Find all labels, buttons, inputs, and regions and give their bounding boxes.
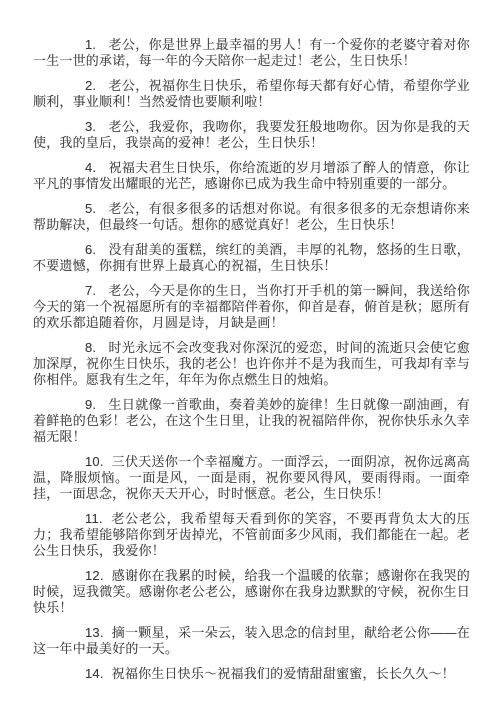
item-text: 老公，有很多很多的话想对你说。有很多很多的无奈想请你来帮助解决，但最终一句话。想… — [33, 201, 470, 232]
item-number: 9. — [85, 397, 96, 412]
item-number: 1. — [85, 37, 96, 52]
item-number: 3. — [85, 119, 96, 134]
item-number: 7. — [85, 283, 96, 298]
item-text: 生日就像一首歌曲，奏着美妙的旋律！生日就像一副油画，有着鲜艳的色彩！老公，在这个… — [33, 397, 470, 444]
item-text: 时光永远不会改变我对你深沉的爱恋，时间的流逝只会使它愈加深厚，祝你生日快乐，我的… — [33, 340, 470, 387]
list-item: 8.时光永远不会改变我对你深沉的爱恋，时间的流逝只会使它愈加深厚，祝你生日快乐，… — [33, 340, 470, 388]
item-number: 11. — [85, 511, 103, 526]
item-number: 14. — [85, 666, 104, 681]
item-number: 5. — [85, 201, 96, 216]
item-text: 祝福夫君生日快乐，你给流逝的岁月增添了醉人的情意，你让平凡的事情发出耀眼的光芒，… — [33, 160, 470, 191]
list-item: 7.老公，今天是你的生日，当你打开手机的第一瞬间，我送给你今天的第一个祝福愿所有… — [33, 283, 470, 331]
list-item: 2.老公，祝福你生日快乐，希望你每天都有好心情，希望你学业顺利，事业顺利！当然爱… — [33, 78, 470, 110]
list-item: 1.老公，你是世界上最幸福的男人！有一个爱你的老婆守着对你一生一世的承诺，每一年… — [33, 37, 470, 69]
list-item: 13.摘一颗星，采一朵云，装入思念的信封里，献给老公你——在这一年中最美好的一天… — [33, 625, 470, 657]
item-number: 8. — [85, 340, 96, 355]
item-text: 老公，祝福你生日快乐，希望你每天都有好心情，希望你学业顺利，事业顺利！当然爱情也… — [33, 78, 470, 109]
item-text: 老公，今天是你的生日，当你打开手机的第一瞬间，我送给你今天的第一个祝福愿所有的幸… — [33, 283, 470, 330]
list-item: 9.生日就像一首歌曲，奏着美妙的旋律！生日就像一副油画，有着鲜艳的色彩！老公，在… — [33, 397, 470, 445]
item-number: 4. — [85, 160, 96, 175]
list-item: 12.感谢你在我累的时候，给我一个温暖的依靠；感谢你在我哭的时候，逗我微笑。感谢… — [33, 568, 470, 616]
list-item: 6.没有甜美的蛋糕，缤红的美酒，丰厚的礼物，悠扬的生日歌，不要遗憾，你拥有世界上… — [33, 242, 470, 274]
document-page: 1.老公，你是世界上最幸福的男人！有一个爱你的老婆守着对你一生一世的承诺，每一年… — [0, 0, 500, 707]
item-number: 10. — [85, 454, 104, 469]
item-number: 6. — [85, 242, 96, 257]
item-text: 老公，我爱你，我吻你，我要发狂般地吻你。因为你是我的天使，我的皇后，我崇高的爱神… — [33, 119, 470, 150]
list-item: 14.祝福你生日快乐～祝福我们的爱情甜甜蜜蜜，长长久久～！ — [33, 666, 470, 682]
item-number: 12. — [85, 568, 104, 583]
item-text: 老公，你是世界上最幸福的男人！有一个爱你的老婆守着对你一生一世的承诺，每一年的今… — [33, 37, 470, 68]
list-item: 10.三伏天送你一个幸福魔方。一面浮云，一面阴凉，祝你远离高温，降服烦恼。一面是… — [33, 454, 470, 502]
list-item: 5.老公，有很多很多的话想对你说。有很多很多的无奈想请你来帮助解决，但最终一句话… — [33, 201, 470, 233]
item-number: 13. — [85, 625, 104, 640]
item-text: 没有甜美的蛋糕，缤红的美酒，丰厚的礼物，悠扬的生日歌，不要遗憾，你拥有世界上最真… — [33, 242, 470, 273]
item-text: 祝福你生日快乐～祝福我们的爱情甜甜蜜蜜，长长久久～！ — [112, 666, 455, 681]
item-number: 2. — [85, 78, 96, 93]
list-item: 4.祝福夫君生日快乐，你给流逝的岁月增添了醉人的情意，你让平凡的事情发出耀眼的光… — [33, 160, 470, 192]
list-item: 11.老公老公，我希望每天看到你的笑容，不要再背负太大的压力；我希望能够陪你到牙… — [33, 511, 470, 559]
list-item: 3.老公，我爱你，我吻你，我要发狂般地吻你。因为你是我的天使，我的皇后，我崇高的… — [33, 119, 470, 151]
document-body: 1.老公，你是世界上最幸福的男人！有一个爱你的老婆守着对你一生一世的承诺，每一年… — [33, 37, 470, 682]
